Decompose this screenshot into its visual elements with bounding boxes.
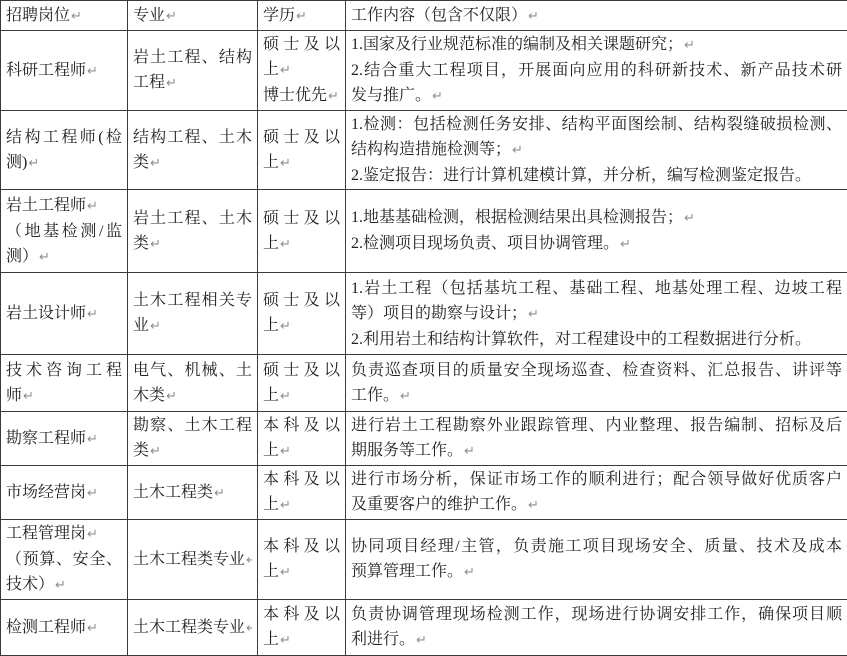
text-line: 上↵ — [263, 383, 340, 409]
line-text: 师 — [6, 387, 22, 404]
degree-cell: 本科及以上↵ — [258, 520, 346, 600]
degree-cell: 本科及以上↵ — [258, 466, 346, 520]
text-line: 岩土工程、结构 — [133, 45, 252, 70]
line-text: 类 — [133, 154, 149, 171]
line-text: 土木工程类 — [133, 484, 213, 501]
major-cell: 岩土工程、土木类↵ — [128, 190, 258, 273]
line-text: 测) — [6, 154, 27, 171]
line-text: 结构工程师(检 — [6, 129, 122, 146]
text-line: 进行市场分析，保证市场工作的顺利进行；配合领导做好优质客户 — [351, 467, 842, 492]
paragraph-mark-icon: ↵ — [70, 9, 82, 24]
paragraph-mark-icon: ↵ — [279, 389, 291, 404]
major-cell: 岩土工程、结构工程↵ — [128, 31, 258, 111]
line-text: 木类 — [133, 387, 165, 404]
paragraph-mark-icon: ↵ — [22, 389, 34, 404]
text-line: 硕士及以 — [263, 358, 340, 383]
text-line: 测）↵ — [6, 244, 122, 270]
text-line: 硕士及以 — [263, 206, 340, 231]
text-line: 2.检测项目现场负责、项目协调管理。↵ — [351, 231, 842, 257]
line-text: 工作内容（包含不仅限） — [351, 7, 527, 24]
duties-cell: 协同项目经理/主管，负责施工项目现场安全、质量、技术及成本预算管理工作。↵ — [346, 520, 847, 600]
paragraph-mark-icon: ↵ — [86, 527, 98, 542]
text-line: （地基检测/监 — [6, 219, 122, 244]
text-line: 进行岩土工程勘察外业跟踪管理、内业整理、报告编制、招标及后 — [351, 413, 842, 438]
table-row: 结构工程师(检测)↵结构工程、土木类↵硕士及以上↵1.检测：包括检测任务安排、结… — [1, 111, 847, 190]
paragraph-mark-icon: ↵ — [86, 307, 98, 322]
line-text: 土木工程类专业 — [133, 619, 245, 636]
duties-cell: 进行市场分析，保证市场工作的顺利进行；配合领导做好优质客户及重要客户的维护工作。… — [346, 466, 847, 520]
table-row: 岩土设计师↵土木工程相关专业↵硕士及以上↵1.岩土工程（包括基坑工程、基础工程、… — [1, 273, 847, 355]
text-line: 本科及以 — [263, 413, 340, 438]
paragraph-mark-icon: ↵ — [295, 9, 307, 24]
line-text: 负责协调管理现场检测工作，现场进行协调安排工作，确保项目顺 — [351, 606, 842, 623]
line-text: 1.国家及行业规范标准的编制及相关课题研究； — [351, 36, 683, 53]
line-text: 上 — [263, 442, 279, 459]
line-text: 专业 — [133, 7, 165, 24]
paragraph-mark-icon: ↵ — [149, 444, 161, 459]
line-text: 硕士及以 — [263, 210, 340, 227]
text-line: 利进行。↵ — [351, 627, 842, 653]
line-text: 上 — [263, 387, 279, 404]
line-text: 利进行。 — [351, 631, 415, 648]
text-line: 工作内容（包含不仅限）↵ — [351, 3, 842, 29]
text-line: 结构工程、土木 — [133, 125, 252, 150]
line-text: 工程管理岗 — [6, 525, 86, 542]
line-text: 上 — [263, 235, 279, 252]
text-line: 岩土设计师↵ — [6, 301, 122, 327]
text-line: 1.地基基础检测，根据检测结果出具检测报告；↵ — [351, 205, 842, 231]
text-line: 本科及以 — [263, 534, 340, 559]
paragraph-mark-icon: ↵ — [86, 432, 98, 447]
line-text: 土木工程类专业 — [133, 551, 245, 568]
table-row: 技术咨询工程师↵电气、机械、土木类↵硕士及以上↵负责巡查项目的质量安全现场巡查、… — [1, 355, 847, 412]
paragraph-mark-icon: ↵ — [511, 143, 523, 158]
duties-cell: 负责巡查项目的质量安全现场巡查、检查资料、汇总报告、讲评等工作。↵ — [346, 355, 847, 412]
text-line: 上↵ — [263, 150, 340, 176]
paragraph-mark-icon: ↵ — [86, 621, 98, 636]
line-text: 等）项目的勘察与设计； — [351, 305, 527, 322]
line-text: 预算管理工作。 — [351, 563, 463, 580]
paragraph-mark-icon: ↵ — [463, 444, 475, 459]
major-cell: 土木工程类专业↵ — [128, 600, 258, 656]
text-line: 工程管理岗↵ — [6, 521, 122, 547]
paragraph-mark-icon: ↵ — [279, 633, 291, 648]
line-text: （地基检测/监 — [6, 223, 122, 240]
line-text: 本科及以 — [263, 606, 340, 623]
major-cell: 土木工程类↵ — [128, 466, 258, 520]
line-text: 勘察工程师 — [6, 430, 86, 447]
line-text: 本科及以 — [263, 417, 340, 434]
paragraph-mark-icon: ↵ — [27, 156, 39, 171]
text-line: 测)↵ — [6, 150, 122, 176]
text-line: 期服务等工作。↵ — [351, 438, 842, 464]
text-line: 结构构造措施检测等；↵ — [351, 137, 842, 163]
line-text: 1.地基基础检测，根据检测结果出具检测报告； — [351, 209, 683, 226]
text-line: 上↵ — [263, 313, 340, 339]
header-duties: 工作内容（包含不仅限）↵ — [346, 1, 847, 31]
table-body: 科研工程师↵岩土工程、结构工程↵硕士及以上↵博士优先↵1.国家及行业规范标准的编… — [1, 31, 847, 656]
text-line: 土木工程类专业↵ — [133, 615, 252, 641]
paragraph-mark-icon: ↵ — [527, 9, 539, 24]
position-cell: 结构工程师(检测)↵ — [1, 111, 128, 190]
line-text: 岩土设计师 — [6, 305, 86, 322]
position-cell: 岩土设计师↵ — [1, 273, 128, 355]
text-line: 2.鉴定报告：进行计算机建模计算，并分析，编写检测鉴定报告。 — [351, 163, 842, 188]
line-text: 电气、机械、土 — [133, 362, 252, 379]
line-text: 2.检测项目现场负责、项目协调管理。 — [351, 235, 619, 252]
text-line: 1.检测：包括检测任务安排、结构平面图绘制、结构裂缝破损检测、 — [351, 112, 842, 137]
duties-cell: 1.地基基础检测，根据检测结果出具检测报告；↵2.检测项目现场负责、项目协调管理… — [346, 190, 847, 273]
line-text: 测） — [6, 248, 38, 265]
line-text: 岩土工程、土木 — [133, 210, 252, 227]
line-text: 招聘岗位 — [6, 7, 70, 24]
text-line: （预算、安全、 — [6, 547, 122, 572]
line-text: 工作。 — [351, 387, 399, 404]
duties-cell: 1.岩土工程（包括基坑工程、基础工程、地基处理工程、边坡工程等）项目的勘察与设计… — [346, 273, 847, 355]
position-cell: 市场经营岗↵ — [1, 466, 128, 520]
paragraph-mark-icon: ↵ — [683, 38, 695, 53]
line-text: 技术） — [6, 576, 54, 593]
paragraph-mark-icon: ↵ — [279, 63, 291, 78]
line-text: 学历 — [263, 7, 295, 24]
line-text: 负责巡查项目的质量安全现场巡查、检查资料、汇总报告、讲评等 — [351, 362, 842, 379]
paragraph-mark-icon: ↵ — [245, 621, 252, 636]
line-text: 博士优先 — [263, 87, 327, 104]
text-line: 类↵ — [133, 150, 252, 176]
paragraph-mark-icon: ↵ — [415, 633, 427, 648]
line-text: 技术咨询工程 — [6, 362, 122, 379]
header-degree: 学历↵ — [258, 1, 346, 31]
text-line: 2.利用岩土和结构计算软件，对工程建设中的工程数据进行分析。 — [351, 327, 842, 352]
table-row: 招聘岗位↵专业↵学历↵工作内容（包含不仅限）↵ — [1, 1, 847, 31]
text-line: 岩土工程、土木 — [133, 206, 252, 231]
major-cell: 勘察、土木工程类↵ — [128, 412, 258, 466]
paragraph-mark-icon: ↵ — [165, 9, 177, 24]
line-text: 进行岩土工程勘察外业跟踪管理、内业整理、报告编制、招标及后 — [351, 417, 842, 434]
major-cell: 土木工程类专业↵ — [128, 520, 258, 600]
text-line: 上↵ — [263, 492, 340, 518]
paragraph-mark-icon: ↵ — [149, 319, 161, 334]
major-cell: 结构工程、土木类↵ — [128, 111, 258, 190]
paragraph-mark-icon: ↵ — [279, 565, 291, 580]
text-line: 技术）↵ — [6, 572, 122, 598]
line-text: 结构工程、土木 — [133, 129, 252, 146]
table-row: 岩土工程师↵（地基检测/监测）↵岩土工程、土木类↵硕士及以上↵1.地基基础检测，… — [1, 190, 847, 273]
paragraph-mark-icon: ↵ — [165, 389, 177, 404]
text-line: 工作。↵ — [351, 383, 842, 409]
line-text: 1.检测：包括检测任务安排、结构平面图绘制、结构裂缝破损检测、 — [351, 116, 842, 133]
line-text: （预算、安全、 — [6, 551, 122, 568]
paragraph-mark-icon: ↵ — [86, 486, 98, 501]
line-text: 2.结合重大工程项目，开展面向应用的科研新技术、新产品技术研 — [351, 62, 842, 79]
text-line: 本科及以 — [263, 602, 340, 627]
line-text: 发与推广。 — [351, 87, 431, 104]
text-line: 上↵ — [263, 438, 340, 464]
paragraph-mark-icon: ↵ — [527, 498, 539, 513]
paragraph-mark-icon: ↵ — [683, 211, 695, 226]
paragraph-mark-icon: ↵ — [431, 89, 443, 104]
text-line: 类↵ — [133, 231, 252, 257]
text-line: 学历↵ — [263, 3, 340, 29]
line-text: 工程 — [133, 74, 165, 91]
header-position: 招聘岗位↵ — [1, 1, 128, 31]
line-text: 岩土工程、结构 — [133, 49, 252, 66]
position-cell: 岩土工程师↵（地基检测/监测）↵ — [1, 190, 128, 273]
degree-cell: 硕士及以上↵ — [258, 111, 346, 190]
text-line: 岩土工程师↵ — [6, 193, 122, 219]
table-row: 工程管理岗↵（预算、安全、技术）↵土木工程类专业↵本科及以上↵协同项目经理/主管… — [1, 520, 847, 600]
text-line: 科研工程师↵ — [6, 58, 122, 84]
text-line: 电气、机械、土 — [133, 358, 252, 383]
duties-cell: 进行岩土工程勘察外业跟踪管理、内业整理、报告编制、招标及后期服务等工作。↵ — [346, 412, 847, 466]
paragraph-mark-icon: ↵ — [149, 237, 161, 252]
line-text: 土木工程相关专 — [133, 292, 252, 309]
text-line: 负责巡查项目的质量安全现场巡查、检查资料、汇总报告、讲评等 — [351, 358, 842, 383]
line-text: 结构构造措施检测等； — [351, 141, 511, 158]
text-line: 业↵ — [133, 313, 252, 339]
table-header-row: 招聘岗位↵专业↵学历↵工作内容（包含不仅限）↵ — [1, 1, 847, 31]
text-line: 博士优先↵ — [263, 83, 340, 109]
line-text: 勘察、土木工程 — [133, 417, 252, 434]
paragraph-mark-icon: ↵ — [463, 565, 475, 580]
paragraph-mark-icon: ↵ — [399, 389, 411, 404]
paragraph-mark-icon: ↵ — [149, 156, 161, 171]
text-line: 检测工程师↵ — [6, 615, 122, 641]
line-text: 上 — [263, 496, 279, 513]
duties-cell: 1.国家及行业规范标准的编制及相关课题研究；↵2.结合重大工程项目，开展面向应用… — [346, 31, 847, 111]
text-line: 硕士及以 — [263, 32, 340, 57]
line-text: 硕士及以 — [263, 36, 340, 53]
position-cell: 技术咨询工程师↵ — [1, 355, 128, 412]
paragraph-mark-icon: ↵ — [279, 319, 291, 334]
text-line: 硕士及以 — [263, 288, 340, 313]
text-line: 硕士及以 — [263, 125, 340, 150]
text-line: 木类↵ — [133, 383, 252, 409]
text-line: 勘察工程师↵ — [6, 426, 122, 452]
line-text: 上 — [263, 631, 279, 648]
position-cell: 勘察工程师↵ — [1, 412, 128, 466]
text-line: 预算管理工作。↵ — [351, 559, 842, 585]
position-cell: 检测工程师↵ — [1, 600, 128, 656]
table-row: 市场经营岗↵土木工程类↵本科及以上↵进行市场分析，保证市场工作的顺利进行；配合领… — [1, 466, 847, 520]
line-text: 硕士及以 — [263, 292, 340, 309]
position-cell: 科研工程师↵ — [1, 31, 128, 111]
position-cell: 工程管理岗↵（预算、安全、技术）↵ — [1, 520, 128, 600]
text-line: 协同项目经理/主管，负责施工项目现场安全、质量、技术及成本 — [351, 534, 842, 559]
line-text: 岩土工程师 — [6, 197, 86, 214]
text-line: 上↵ — [263, 231, 340, 257]
paragraph-mark-icon: ↵ — [54, 578, 66, 593]
text-line: 技术咨询工程 — [6, 358, 122, 383]
text-line: 2.结合重大工程项目，开展面向应用的科研新技术、新产品技术研 — [351, 58, 842, 83]
paragraph-mark-icon: ↵ — [279, 498, 291, 513]
line-text: 2.鉴定报告：进行计算机建模计算，并分析，编写检测鉴定报告。 — [351, 167, 811, 184]
paragraph-mark-icon: ↵ — [38, 250, 50, 265]
line-text: 本科及以 — [263, 538, 340, 555]
text-line: 招聘岗位↵ — [6, 3, 122, 29]
line-text: 1.岩土工程（包括基坑工程、基础工程、地基处理工程、边坡工程 — [351, 280, 842, 297]
paragraph-mark-icon: ↵ — [86, 199, 98, 214]
text-line: 市场经营岗↵ — [6, 480, 122, 506]
paragraph-mark-icon: ↵ — [327, 89, 339, 104]
degree-cell: 本科及以上↵ — [258, 600, 346, 656]
text-line: 师↵ — [6, 383, 122, 409]
degree-cell: 硕士及以上↵ — [258, 273, 346, 355]
text-line: 工程↵ — [133, 70, 252, 96]
header-major: 专业↵ — [128, 1, 258, 31]
line-text: 上 — [263, 154, 279, 171]
paragraph-mark-icon: ↵ — [619, 237, 631, 252]
text-line: 本科及以 — [263, 467, 340, 492]
degree-cell: 硕士及以上↵博士优先↵ — [258, 31, 346, 111]
text-line: 类↵ — [133, 438, 252, 464]
text-line: 土木工程类专业↵ — [133, 547, 252, 573]
paragraph-mark-icon: ↵ — [245, 553, 252, 568]
line-text: 市场经营岗 — [6, 484, 86, 501]
paragraph-mark-icon: ↵ — [527, 307, 539, 322]
major-cell: 土木工程相关专业↵ — [128, 273, 258, 355]
line-text: 上 — [263, 317, 279, 334]
line-text: 业 — [133, 317, 149, 334]
line-text: 科研工程师 — [6, 62, 86, 79]
major-cell: 电气、机械、土木类↵ — [128, 355, 258, 412]
text-line: 1.岩土工程（包括基坑工程、基础工程、地基处理工程、边坡工程 — [351, 276, 842, 301]
line-text: 期服务等工作。 — [351, 442, 463, 459]
recruitment-table: 招聘岗位↵专业↵学历↵工作内容（包含不仅限）↵ 科研工程师↵岩土工程、结构工程↵… — [0, 0, 847, 656]
line-text: 协同项目经理/主管，负责施工项目现场安全、质量、技术及成本 — [351, 538, 842, 555]
text-line: 土木工程类↵ — [133, 480, 252, 506]
line-text: 及重要客户的维护工作。 — [351, 496, 527, 513]
text-line: 发与推广。↵ — [351, 83, 842, 109]
degree-cell: 本科及以上↵ — [258, 412, 346, 466]
text-line: 上↵ — [263, 627, 340, 653]
paragraph-mark-icon: ↵ — [279, 444, 291, 459]
line-text: 类 — [133, 235, 149, 252]
degree-cell: 硕士及以上↵ — [258, 355, 346, 412]
line-text: 进行市场分析，保证市场工作的顺利进行；配合领导做好优质客户 — [351, 471, 842, 488]
text-line: 土木工程相关专 — [133, 288, 252, 313]
paragraph-mark-icon: ↵ — [213, 486, 225, 501]
text-line: 等）项目的勘察与设计；↵ — [351, 301, 842, 327]
text-line: 上↵ — [263, 559, 340, 585]
line-text: 类 — [133, 442, 149, 459]
paragraph-mark-icon: ↵ — [279, 237, 291, 252]
line-text: 上 — [263, 61, 279, 78]
text-line: 负责协调管理现场检测工作，现场进行协调安排工作，确保项目顺 — [351, 602, 842, 627]
line-text: 本科及以 — [263, 471, 340, 488]
line-text: 检测工程师 — [6, 619, 86, 636]
table-row: 检测工程师↵土木工程类专业↵本科及以上↵负责协调管理现场检测工作，现场进行协调安… — [1, 600, 847, 656]
text-line: 专业↵ — [133, 3, 252, 29]
text-line: 上↵ — [263, 57, 340, 83]
line-text: 硕士及以 — [263, 129, 340, 146]
paragraph-mark-icon: ↵ — [165, 76, 177, 91]
text-line: 结构工程师(检 — [6, 125, 122, 150]
line-text: 上 — [263, 563, 279, 580]
paragraph-mark-icon: ↵ — [279, 156, 291, 171]
line-text: 2.利用岩土和结构计算软件，对工程建设中的工程数据进行分析。 — [351, 331, 811, 348]
table-row: 勘察工程师↵勘察、土木工程类↵本科及以上↵进行岩土工程勘察外业跟踪管理、内业整理… — [1, 412, 847, 466]
paragraph-mark-icon: ↵ — [86, 64, 98, 79]
text-line: 及重要客户的维护工作。↵ — [351, 492, 842, 518]
duties-cell: 负责协调管理现场检测工作，现场进行协调安排工作，确保项目顺利进行。↵ — [346, 600, 847, 656]
degree-cell: 硕士及以上↵ — [258, 190, 346, 273]
line-text: 硕士及以 — [263, 362, 340, 379]
duties-cell: 1.检测：包括检测任务安排、结构平面图绘制、结构裂缝破损检测、结构构造措施检测等… — [346, 111, 847, 190]
table-row: 科研工程师↵岩土工程、结构工程↵硕士及以上↵博士优先↵1.国家及行业规范标准的编… — [1, 31, 847, 111]
text-line: 1.国家及行业规范标准的编制及相关课题研究；↵ — [351, 32, 842, 58]
text-line: 勘察、土木工程 — [133, 413, 252, 438]
